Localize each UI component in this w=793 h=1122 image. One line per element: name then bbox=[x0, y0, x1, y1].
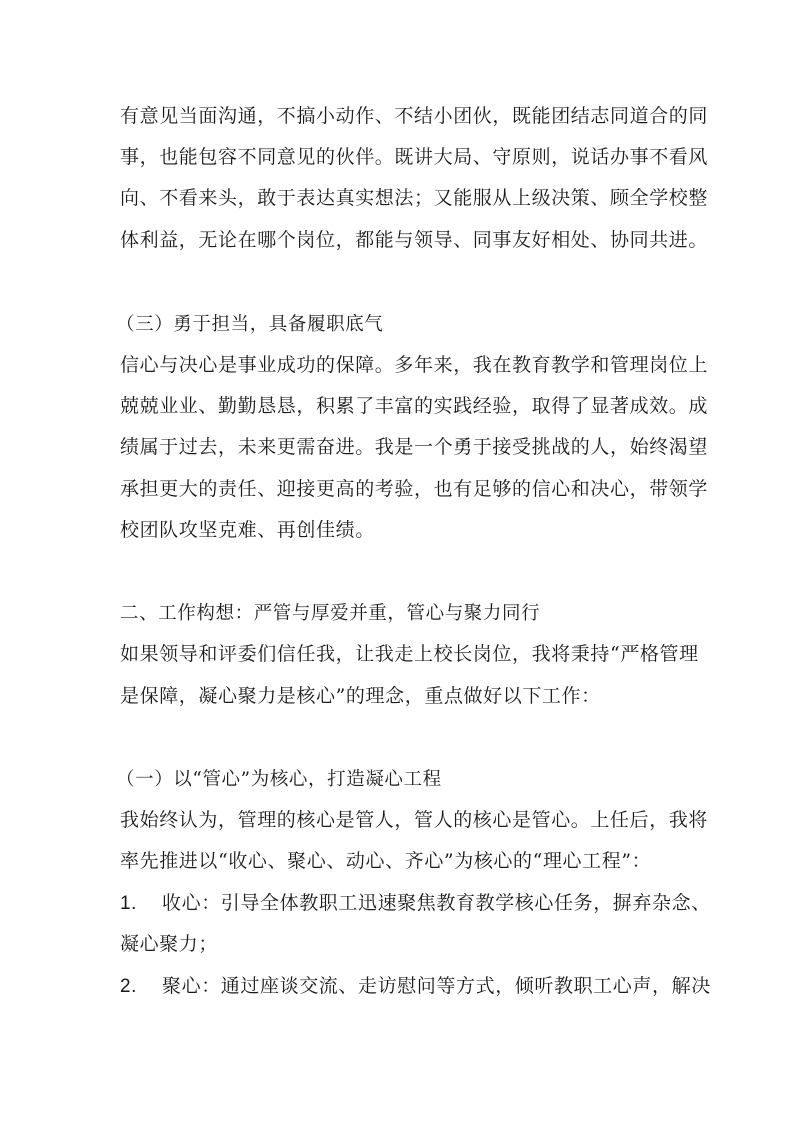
paragraph-line: 有意见当面沟通，不搞小动作、不结小团伙，既能团结志同道合的同 bbox=[120, 96, 682, 137]
paragraph-line: 兢兢业业、勤勤恳恳，积累了丰富的实践经验，取得了显著成效。成 bbox=[120, 386, 682, 427]
paragraph-line: 向、不看来头，敢于表达真实想法；又能服从上级决策、顾全学校整 bbox=[120, 178, 682, 219]
section-heading: 二、工作构想：严管与厚爱并重，管心与聚力同行 bbox=[120, 593, 540, 634]
paragraph-line: 率先推进以“收心、聚心、动心、齐心”为核心的“理心工程”： bbox=[120, 841, 651, 882]
list-number: 2. bbox=[120, 966, 162, 1007]
section-heading: （三）勇于担当，具备履职底气 bbox=[116, 304, 383, 345]
paragraph-line: 承担更大的责任、迎接更高的考验，也有足够的信心和决心，带领学 bbox=[120, 469, 682, 510]
paragraph-line: 如果领导和评委们信任我，让我走上校长岗位，我将秉持“严格管理 bbox=[120, 634, 682, 675]
paragraph-line: 校团队攻坚克难、再创佳绩。 bbox=[120, 510, 375, 551]
paragraph-line: 信心与决心是事业成功的保障。多年来，我在教育教学和管理岗位上 bbox=[120, 345, 682, 386]
paragraph-line: 绩属于过去，未来更需奋进。我是一个勇于接受挑战的人，始终渴望 bbox=[120, 427, 682, 468]
list-item: 2.聚心：通过座谈交流、走访慰问等方式，倾听教职工心声，解决 bbox=[120, 966, 711, 1007]
list-item-text: 聚心：通过座谈交流、走访慰问等方式，倾听教职工心声，解决 bbox=[162, 975, 711, 997]
paragraph-line: 我始终认为，管理的核心是管人，管人的核心是管心。上任后，我将 bbox=[120, 800, 682, 841]
list-item-text: 收心：引导全体教职工迅速聚焦教育教学核心任务，摒弃杂念、 bbox=[162, 892, 711, 914]
list-number: 1. bbox=[120, 883, 162, 924]
paragraph-line: 是保障，凝心聚力是核心”的理念，重点做好以下工作： bbox=[120, 676, 601, 717]
section-heading: （一）以“管心”为核心，打造凝心工程 bbox=[116, 759, 442, 800]
paragraph-line: 体利益，无论在哪个岗位，都能与领导、同事友好相处、协同共进。 bbox=[120, 220, 682, 261]
paragraph-line: 事，也能包容不同意见的伙伴。既讲大局、守原则，说话办事不看风 bbox=[120, 137, 682, 178]
list-item: 1.收心：引导全体教职工迅速聚焦教育教学核心任务，摒弃杂念、 bbox=[120, 883, 711, 924]
list-item-continuation: 凝心聚力； bbox=[120, 924, 218, 965]
